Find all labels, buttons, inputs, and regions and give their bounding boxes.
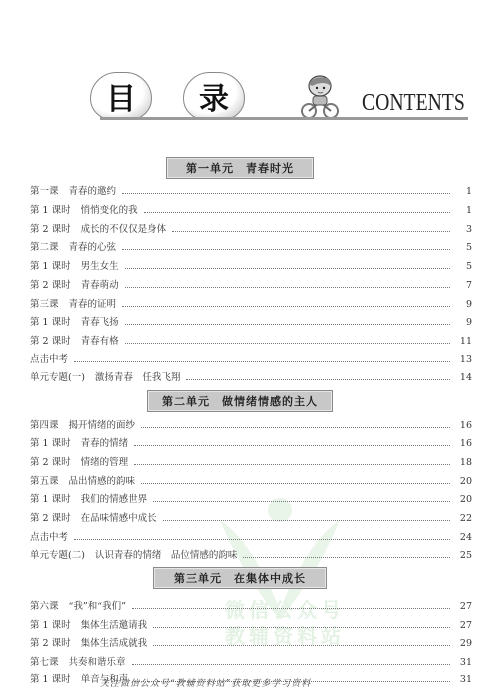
toc-entry-prefix: 单元专题(二) (30, 547, 85, 561)
toc-entry-prefix: 第二课 (30, 239, 59, 253)
toc-entry-title: 品出情感的韵味 (69, 473, 136, 487)
leader-dots (186, 378, 450, 380)
header-divider (100, 117, 468, 120)
toc-entry-prefix: 第七课 (30, 654, 59, 668)
toc-entry-page: 5 (454, 261, 472, 272)
toc-entry-title: 情绪的管理 (81, 454, 129, 468)
toc-entry[interactable]: 第 1 课时 男生女生 5 (30, 256, 472, 272)
toc-entry[interactable]: 第 2 课时 成长的不仅仅是身体 3 (30, 219, 472, 235)
toc-entry[interactable]: 第 1 课时 我们的情感世界 20 (30, 489, 472, 505)
toc-entry[interactable]: 单元专题(一) 激扬青春 任我飞翔 14 (30, 367, 472, 383)
toc-entry[interactable]: 第三课 青春的证明 9 (30, 294, 472, 310)
toc-entry-prefix: 第 2 课时 (30, 333, 71, 347)
toc-entry[interactable]: 第 2 课时 情绪的管理 18 (30, 452, 472, 468)
title-char-2: 录 (199, 74, 229, 118)
leader-dots (134, 463, 450, 465)
toc-entry[interactable]: 点击中考 24 (30, 527, 472, 543)
unit-2-heading: 第二单元 做情绪情感的主人 (147, 390, 333, 412)
toc-entry[interactable]: 第 2 课时 青春萌动 7 (30, 275, 472, 291)
toc-entry-prefix: 第 2 课时 (30, 221, 71, 235)
toc-entry-title: 激扬青春 任我飞翔 (95, 369, 181, 383)
toc-entry[interactable]: 第 2 课时 青春有格 11 (30, 331, 472, 347)
toc-entry-page: 7 (454, 280, 472, 291)
toc-entry-page: 27 (454, 620, 472, 631)
leader-dots (153, 500, 450, 502)
footer-handwritten-note: 关注微信公众号“教辅资料站”获取更多学习资料 (100, 676, 311, 689)
toc-entry-title: 共奏和谐乐章 (69, 654, 126, 668)
toc-entry-page: 13 (454, 354, 472, 365)
unit-3-heading-text: 第三单元 在集体中成长 (174, 570, 306, 586)
toc-entry-prefix: 第 2 课时 (30, 635, 71, 649)
toc-entry-page: 20 (454, 476, 472, 487)
toc-entry-title: 认识青春的情绪 品位情感的韵味 (95, 547, 238, 561)
leader-dots (132, 663, 450, 665)
contents-label: CONTENTS (362, 90, 465, 117)
toc-entry-prefix: 第 1 课时 (30, 314, 71, 328)
toc-entry-page: 25 (454, 550, 472, 561)
toc-header: 目 录 CONTENTS (0, 0, 480, 140)
cyclist-mascot-icon (300, 74, 340, 120)
toc-entry-title: 在品味情感中成长 (81, 510, 157, 524)
unit-1-heading-text: 第一单元 青春时光 (186, 160, 294, 176)
leader-dots (74, 360, 450, 362)
leader-dots (141, 426, 450, 428)
toc-entry-page: 9 (454, 317, 472, 328)
toc-entry-prefix: 第一课 (30, 183, 59, 197)
toc-entry-prefix: 第 2 课时 (30, 510, 71, 524)
toc-entry-prefix: 单元专题(一) (30, 369, 85, 383)
toc-entry[interactable]: 第二课 青春的心弦 5 (30, 237, 472, 253)
toc-entry-page: 22 (454, 513, 472, 524)
toc-entry-prefix: 第六课 (30, 598, 59, 612)
toc-entry-page: 16 (454, 438, 472, 449)
toc-entry-title: 青春萌动 (81, 277, 119, 291)
toc-entry-title: 集体生活邀请我 (81, 617, 148, 631)
leader-dots (141, 482, 450, 484)
toc-entry-page: 27 (454, 601, 472, 612)
toc-entry-page: 1 (454, 205, 472, 216)
toc-entry-title: 青春有格 (81, 333, 119, 347)
toc-entry[interactable]: 第四课 揭开情绪的面纱 16 (30, 415, 472, 431)
title-char-1: 目 (106, 74, 136, 118)
toc-entry-prefix: 第 2 课时 (30, 277, 71, 291)
toc-entry-page: 20 (454, 494, 472, 505)
toc-entry-title: 青春的证明 (69, 296, 117, 310)
toc-entry-prefix: 第 1 课时 (30, 258, 71, 272)
toc-entry-page: 3 (454, 224, 472, 235)
toc-entry-prefix: 第 1 课时 (30, 617, 71, 631)
unit-1-heading: 第一单元 青春时光 (166, 157, 314, 179)
leader-dots (153, 626, 450, 628)
toc-entry[interactable]: 单元专题(二) 认识青春的情绪 品位情感的韵味 25 (30, 545, 472, 561)
toc-entry-prefix: 点击中考 (30, 351, 68, 365)
leader-dots (125, 342, 450, 344)
toc-entry-prefix: 点击中考 (30, 529, 68, 543)
toc-entry-page: 31 (454, 674, 472, 685)
leader-dots (122, 305, 450, 307)
toc-entry-title: 我们的情感世界 (81, 491, 148, 505)
toc-entry[interactable]: 第五课 品出情感的韵味 20 (30, 471, 472, 487)
toc-entry-prefix: 第 2 课时 (30, 454, 71, 468)
toc-entry[interactable]: 第六课 “我”和“我们” 27 (30, 596, 472, 612)
toc-entry[interactable]: 第 1 课时 悄悄变化的我 1 (30, 200, 472, 216)
title-badge-lu: 录 (183, 72, 245, 120)
toc-entry-page: 24 (454, 532, 472, 543)
toc-entry-prefix: 第 1 课时 (30, 202, 71, 216)
toc-entry-title: 揭开情绪的面纱 (69, 417, 136, 431)
toc-entry-title: 青春的邀约 (69, 183, 117, 197)
toc-entry-page: 29 (454, 638, 472, 649)
toc-entry-title: 悄悄变化的我 (81, 202, 138, 216)
leader-dots (172, 230, 450, 232)
toc-entry-page: 31 (454, 657, 472, 668)
toc-entry-title: “我”和“我们” (69, 598, 126, 612)
toc-entry[interactable]: 点击中考 13 (30, 349, 472, 365)
toc-entry-title: 集体生活成就我 (81, 635, 148, 649)
leader-dots (122, 192, 450, 194)
toc-entry-prefix: 第 1 课时 (30, 491, 71, 505)
toc-entry[interactable]: 第七课 共奏和谐乐章 31 (30, 652, 472, 668)
toc-entry-title: 男生女生 (81, 258, 119, 272)
leader-dots (153, 644, 450, 646)
unit-3-heading: 第三单元 在集体中成长 (153, 567, 327, 589)
toc-entry-prefix: 第三课 (30, 296, 59, 310)
toc-entry[interactable]: 第 1 课时 青春飞扬 9 (30, 312, 472, 328)
toc-entry-page: 14 (454, 372, 472, 383)
toc-entry-prefix: 第 1 课时 (30, 671, 71, 685)
toc-entry-page: 18 (454, 457, 472, 468)
title-badge-mu: 目 (90, 72, 152, 120)
toc-entry-page: 1 (454, 186, 472, 197)
toc-entry-prefix: 第五课 (30, 473, 59, 487)
leader-dots (243, 556, 450, 558)
toc-entry-page: 11 (454, 336, 472, 347)
toc-entry[interactable]: 第 2 课时 在品味情感中成长 22 (30, 508, 472, 524)
toc-entry-prefix: 第 1 课时 (30, 435, 71, 449)
toc-entry-title: 青春飞扬 (81, 314, 119, 328)
unit-2-heading-text: 第二单元 做情绪情感的主人 (162, 393, 318, 409)
leader-dots (125, 286, 450, 288)
toc-entry-title: 成长的不仅仅是身体 (81, 221, 167, 235)
toc-entry-page: 16 (454, 420, 472, 431)
toc-entry-title: 青春的心弦 (69, 239, 117, 253)
leader-dots (132, 607, 450, 609)
toc-entry[interactable]: 第一课 青春的邀约 1 (30, 181, 472, 197)
leader-dots (144, 211, 450, 213)
leader-dots (125, 267, 450, 269)
toc-entry-page: 9 (454, 299, 472, 310)
toc-entry-prefix: 第四课 (30, 417, 59, 431)
toc-entry-title: 青春的情绪 (81, 435, 129, 449)
leader-dots (125, 323, 450, 325)
toc-entry-page: 5 (454, 242, 472, 253)
toc-entry[interactable]: 第 1 课时 青春的情绪 16 (30, 433, 472, 449)
leader-dots (134, 444, 450, 446)
toc-entry[interactable]: 第 2 课时 集体生活成就我 29 (30, 633, 472, 649)
leader-dots (74, 538, 450, 540)
leader-dots (122, 248, 450, 250)
leader-dots (163, 519, 450, 521)
toc-entry[interactable]: 第 1 课时 集体生活邀请我 27 (30, 615, 472, 631)
